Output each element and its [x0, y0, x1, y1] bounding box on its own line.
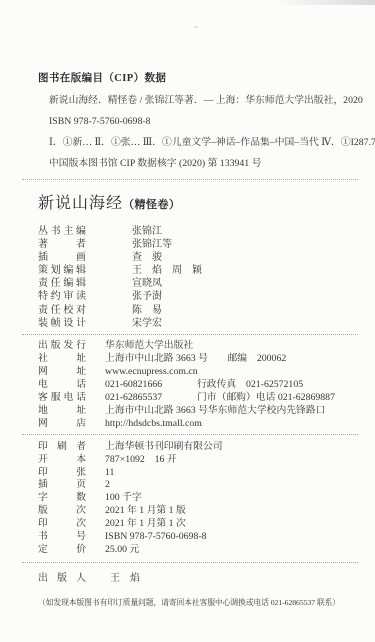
dotted-divider [22, 334, 358, 335]
print-row-format: 开本 787×1092 16 开 [38, 454, 358, 467]
print-row-impression: 印次 2021 年 1 月第 1 次 [38, 518, 358, 531]
row-value: 2 [105, 479, 110, 492]
credit-row-series-editor: 丛书主编 张锦江 [38, 225, 358, 238]
row-label: 网店 [38, 417, 86, 430]
printing-info-block: 印刷者 上海华顿书刊印刷有限公司 开本 787×1092 16 开 印张 11 … [38, 441, 358, 557]
row-value: 王 焰 [110, 572, 140, 586]
publish-row-online-store: 网店 http://hdsdcbs.tmall.com [38, 417, 358, 430]
row-label: 客服电话 [38, 391, 86, 404]
row-label: 印张 [38, 467, 86, 480]
row-label: 书号 [38, 531, 86, 544]
row-value: 王 焰 周 颖 [132, 264, 202, 277]
row-label: 责任校对 [38, 304, 86, 317]
colophon-content: 图书在版编目（CIP）数据 新说山海经．精怪卷 / 张锦江等著．— 上海：华东师… [0, 0, 375, 608]
row-value: 787×1092 16 开 [105, 454, 177, 467]
row-value: 张锦江 [132, 225, 162, 238]
row-label: 出版人 [38, 572, 86, 586]
row-value-secondary: 门市（邮购）电话 021-62869887 [197, 391, 335, 404]
staff-credits-block: 丛书主编 张锦江 著者 张锦江等 插画 查 骏 策划编辑 王 焰 周 颖 责任编… [38, 225, 358, 330]
row-label: 特约审读 [38, 290, 86, 303]
row-label: 装帧设计 [38, 317, 86, 330]
row-label: 印刷者 [38, 441, 86, 454]
row-value: 张予澍 [132, 290, 162, 303]
publish-row-phone: 电话 021-60821666 行政传真 021-62572105 [38, 378, 358, 391]
row-value: http://hdsdcbs.tmall.com [105, 417, 202, 430]
row-value: ISBN 978-7-5760-0698-8 [105, 531, 207, 544]
book-title-main: 新说山海经 [38, 195, 123, 212]
publish-row-publisher: 出版发行 华东师范大学出版社 [38, 339, 358, 352]
row-value: 陈 易 [132, 304, 162, 317]
print-row-word-count: 字数 100 千字 [38, 492, 358, 505]
row-label: 电话 [38, 378, 86, 391]
dotted-divider [22, 562, 358, 563]
print-row-printer: 印刷者 上海华顿书刊印刷有限公司 [38, 441, 358, 454]
publish-row-store-address: 地址 上海市中山北路 3663 号华东师范大学校内先锋路口 [38, 404, 358, 417]
row-value: 25.00 元 [105, 544, 139, 557]
cip-classification-line: Ⅰ．①新… Ⅱ．①张… Ⅲ．①儿童文学–神话–作品集–中国–当代 Ⅳ．①I287… [49, 132, 358, 153]
credit-row-illustrator: 插画 查 骏 [38, 251, 358, 264]
print-row-edition: 版次 2021 年 1 月第 1 版 [38, 505, 358, 518]
row-value: 2021 年 1 月第 1 次 [105, 518, 186, 531]
publish-row-address: 社址 上海市中山北路 3663 号 邮编 200062 [38, 352, 358, 365]
row-label: 网址 [38, 365, 86, 378]
credit-row-proofreader: 责任校对 陈 易 [38, 304, 358, 317]
scan-artifact-corner [275, 0, 375, 5]
row-value: 宣晓凤 [132, 277, 162, 290]
publisher-person-row: 出版人 王 焰 [38, 572, 358, 586]
row-label: 插页 [38, 479, 86, 492]
cip-catalog-line: 新说山海经．精怪卷 / 张锦江等著．— 上海：华东师范大学出版社，2020 [49, 90, 358, 111]
credit-row-planning-editor: 策划编辑 王 焰 周 颖 [38, 264, 358, 277]
row-value: 查 骏 [132, 251, 162, 264]
row-value: 华东师范大学出版社 [105, 339, 193, 352]
row-value: 021-60821666 [105, 378, 197, 391]
row-value: 021-62865537 [105, 391, 197, 404]
row-label: 丛书主编 [38, 225, 86, 238]
row-label: 开本 [38, 454, 86, 467]
row-value: 2021 年 1 月第 1 版 [105, 505, 186, 518]
print-row-sheets: 印张 11 [38, 467, 358, 480]
row-label: 地址 [38, 404, 86, 417]
print-row-price: 定价 25.00 元 [38, 544, 358, 557]
row-label: 印次 [38, 518, 86, 531]
row-label: 责任编辑 [38, 277, 86, 290]
cip-data-block: 图书在版编目（CIP）数据 新说山海经．精怪卷 / 张锦江等著．— 上海：华东师… [38, 72, 358, 174]
cip-record-number-line: 中国版本图书馆 CIP 数据核字 (2020) 第 133941 号 [49, 153, 358, 174]
dotted-divider [22, 434, 358, 435]
cip-heading: 图书在版编目（CIP）数据 [38, 72, 358, 86]
book-title: 新说山海经（精怪卷） [38, 193, 358, 216]
row-label: 著者 [38, 238, 86, 251]
publisher-info-block: 出版发行 华东师范大学出版社 社址 上海市中山北路 3663 号 邮编 2000… [38, 339, 358, 430]
row-value: 11 [105, 467, 114, 480]
row-label: 版次 [38, 505, 86, 518]
row-value: www.ecnupress.com.cn [105, 365, 198, 378]
print-row-isbn: 书号 ISBN 978-7-5760-0698-8 [38, 531, 358, 544]
row-value: 上海华顿书刊印刷有限公司 [105, 441, 223, 454]
print-row-inserts: 插页 2 [38, 479, 358, 492]
row-value: 100 千字 [105, 492, 142, 505]
row-label: 出版发行 [38, 339, 86, 352]
row-value: 宋学宏 [132, 317, 162, 330]
row-value: 上海市中山北路 3663 号 邮编 200062 [105, 352, 286, 365]
credit-row-responsible-editor: 责任编辑 宣晓凤 [38, 277, 358, 290]
quality-notice: （如发现本版图书有印订质量问题，请寄回本社客服中心调换或电话 021-62865… [38, 597, 358, 608]
book-title-volume: （精怪卷） [123, 199, 181, 211]
row-value: 上海市中山北路 3663 号华东师范大学校内先锋路口 [105, 404, 325, 417]
row-label: 字数 [38, 492, 86, 505]
credit-row-designer: 装帧设计 宋学宏 [38, 317, 358, 330]
publish-row-service-phone: 客服电话 021-62865537 门市（邮购）电话 021-62869887 [38, 391, 358, 404]
publish-row-website: 网址 www.ecnupress.com.cn [38, 365, 358, 378]
cip-isbn-line: ISBN 978-7-5760-0698-8 [49, 111, 358, 132]
book-colophon-page: 图书在版编目（CIP）数据 新说山海经．精怪卷 / 张锦江等著．— 上海：华东师… [0, 0, 375, 642]
row-value-secondary: 行政传真 021-62572105 [197, 378, 303, 391]
credit-row-author: 著者 张锦江等 [38, 238, 358, 251]
dotted-divider [22, 179, 358, 180]
scan-artifact-dot [194, 26, 198, 28]
row-label: 社址 [38, 352, 86, 365]
row-value: 张锦江等 [132, 238, 172, 251]
row-label: 插画 [38, 251, 86, 264]
credit-row-special-reviewer: 特约审读 张予澍 [38, 290, 358, 303]
row-label: 定价 [38, 544, 86, 557]
cip-lines: 新说山海经．精怪卷 / 张锦江等著．— 上海：华东师范大学出版社，2020 IS… [38, 90, 358, 174]
row-label: 策划编辑 [38, 264, 86, 277]
